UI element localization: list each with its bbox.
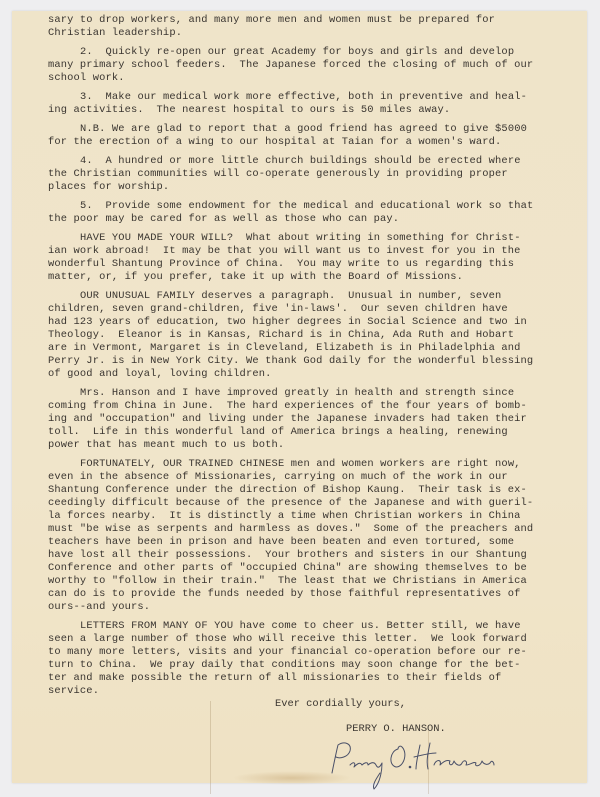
paragraph-letters: LETTERS FROM MANY OF YOU have come to ch… xyxy=(48,620,548,698)
text-line: sary to drop workers, and many more men … xyxy=(48,14,548,27)
text-line: children, seven grand-children, five 'in… xyxy=(48,303,548,316)
text-line: ing and "occupation" and living under th… xyxy=(48,413,548,426)
text-line: 2. Quickly re-open our great Academy for… xyxy=(48,46,548,59)
text-line: turn to China. We pray daily that condit… xyxy=(48,659,548,672)
paragraph-item-5: 5. Provide some endowment for the medica… xyxy=(48,200,548,226)
text-line: the Christian communities will co-operat… xyxy=(48,168,548,181)
text-line: Perry Jr. is in New York City. We thank … xyxy=(48,355,548,368)
text-line: coming from China in June. The hard expe… xyxy=(48,400,548,413)
text-line: Conference and other parts of "occupied … xyxy=(48,562,548,575)
text-line: matter, or, if you prefer, take it up wi… xyxy=(48,271,548,284)
paragraph-health: Mrs. Hanson and I have improved greatly … xyxy=(48,387,548,452)
text-line: HAVE YOU MADE YOUR WILL? What about writ… xyxy=(48,232,548,245)
text-line: Mrs. Hanson and I have improved greatly … xyxy=(48,387,548,400)
text-line: ian work abroad! It may be that you will… xyxy=(48,245,548,258)
text-line: of good and loyal, loving children. xyxy=(48,368,548,381)
paper-fold-crease xyxy=(210,701,211,794)
letter-body: sary to drop workers, and many more men … xyxy=(48,14,548,704)
text-line: ours--and yours. xyxy=(48,601,548,614)
text-line: 5. Provide some endowment for the medica… xyxy=(48,200,548,213)
text-line: la forces nearby. It is distinctly a tim… xyxy=(48,510,548,523)
text-line: have lost all their possessions. Your br… xyxy=(48,549,548,562)
text-line: ter and make possible the return of all … xyxy=(48,672,548,685)
text-line: ceedingly difficult because of the prese… xyxy=(48,497,548,510)
handwritten-signature: Perry O. Hanson xyxy=(322,735,522,791)
text-line: even in the absence of Missionaries, car… xyxy=(48,471,548,484)
text-line: Theology. Eleanor is in Kansas, Richard … xyxy=(48,329,548,342)
text-line: N.B. We are glad to report that a good f… xyxy=(48,123,548,136)
text-line: the poor may be cared for as well as tho… xyxy=(48,213,548,226)
paragraph-trained-chinese: FORTUNATELY, OUR TRAINED CHINESE men and… xyxy=(48,458,548,614)
paragraph-will: HAVE YOU MADE YOUR WILL? What about writ… xyxy=(48,232,548,284)
text-line: are in Vermont, Margaret is in Cleveland… xyxy=(48,342,548,355)
text-line: 4. A hundred or more little church build… xyxy=(48,155,548,168)
text-line: must "be wise as serpents and harmless a… xyxy=(48,523,548,536)
closing-salutation: Ever cordially yours, xyxy=(275,698,406,710)
paragraph-nb: N.B. We are glad to report that a good f… xyxy=(48,123,548,149)
text-line: FORTUNATELY, OUR TRAINED CHINESE men and… xyxy=(48,458,548,471)
text-line: power that has meant much to us both. xyxy=(48,439,548,452)
text-line: toll. Life in this wonderful land of Ame… xyxy=(48,426,548,439)
paragraph-item-4: 4. A hundred or more little church build… xyxy=(48,155,548,194)
text-line: for the erection of a wing to our hospit… xyxy=(48,136,548,149)
paragraph-item-3: 3. Make our medical work more effective,… xyxy=(48,91,548,117)
text-line: ing activities. The nearest hospital to … xyxy=(48,104,548,117)
text-line: had 123 years of education, two higher d… xyxy=(48,316,548,329)
text-line: service. xyxy=(48,685,548,698)
paragraph-item-2: 2. Quickly re-open our great Academy for… xyxy=(48,46,548,85)
text-line: to many more letters, visits and your fi… xyxy=(48,646,548,659)
text-line: seen a large number of those who will re… xyxy=(48,633,548,646)
text-line: places for worship. xyxy=(48,181,548,194)
text-line: 3. Make our medical work more effective,… xyxy=(48,91,548,104)
text-line: OUR UNUSUAL FAMILY deserves a paragraph.… xyxy=(48,290,548,303)
text-line: Christian leadership. xyxy=(48,27,548,40)
text-line: can do is to provide the funds needed by… xyxy=(48,588,548,601)
text-line: school work. xyxy=(48,72,548,85)
paragraph-continuation: sary to drop workers, and many more men … xyxy=(48,14,548,40)
text-line: wonderful Shantung Province of China. Yo… xyxy=(48,258,548,271)
text-line: LETTERS FROM MANY OF YOU have come to ch… xyxy=(48,620,548,633)
typed-signature-name: PERRY O. HANSON. xyxy=(346,723,446,735)
paragraph-family: OUR UNUSUAL FAMILY deserves a paragraph.… xyxy=(48,290,548,381)
text-line: worthy to "follow in their train." The l… xyxy=(48,575,548,588)
text-line: many primary school feeders. The Japanes… xyxy=(48,59,548,72)
text-line: teachers have been in prison and have be… xyxy=(48,536,548,549)
text-line: Shantung Conference under the direction … xyxy=(48,484,548,497)
